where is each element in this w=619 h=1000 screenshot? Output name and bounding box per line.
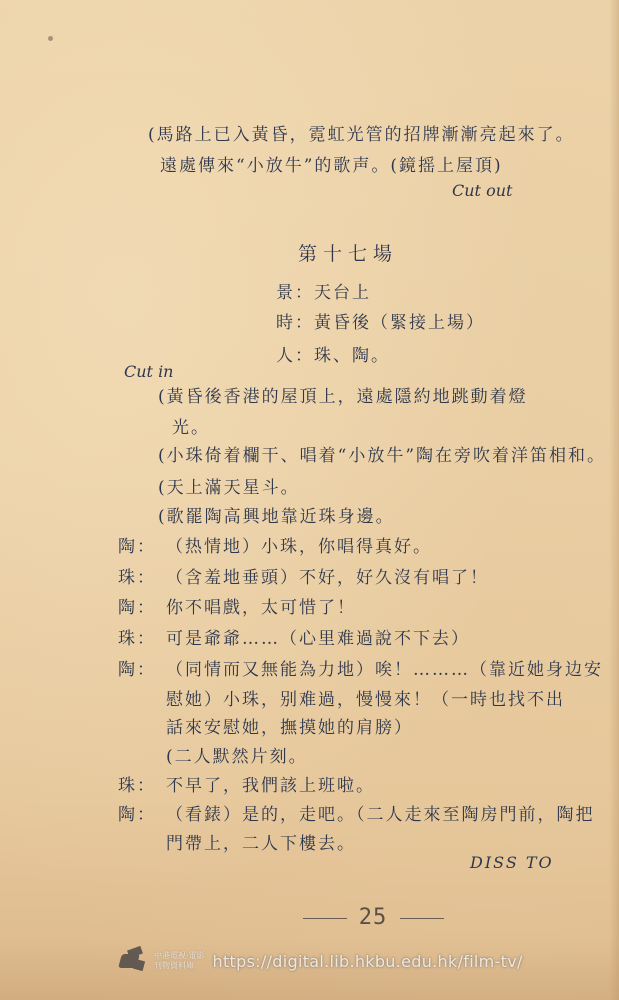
dialogue-text: 不早了，我們該上班啦。 (166, 776, 375, 796)
scene-time: 時：黃昏後（緊接上場） (276, 308, 485, 333)
page-edge-shadow-right (609, 0, 619, 1000)
speaker-label: 陶： (118, 532, 166, 557)
scene-title: 第十七場 (298, 239, 398, 266)
dialogue-text: （含羞地垂頭）不好，好久沒有唱了！ (166, 568, 489, 588)
dialogue-text: （热情地）小珠，你唱得真好。 (166, 537, 432, 557)
page-number: 25 (359, 905, 388, 930)
stage-direction-line: (天上滿天星斗。 (158, 473, 300, 498)
stage-direction-line: (歌罷陶高興地靠近珠身邊。 (158, 502, 395, 527)
speaker-label: 珠： (118, 563, 166, 588)
watermark-url-link[interactable]: https://digital.lib.hkbu.edu.hk/film-tv/ (213, 952, 523, 971)
scanned-page: (馬路上已入黃昏，霓虹光管的招牌漸漸亮起來了。 遠處傳來“小放牛”的歌声。(鏡摇… (0, 0, 619, 1000)
dialogue-continuation: 話來安慰她，撫摸她的肩膀） (166, 713, 413, 738)
page-number-rule-right (400, 918, 444, 919)
speaker-label: 珠： (118, 771, 166, 796)
dialogue-line: 陶：（看錶）是的，走吧。（二人走來至陶房門前，陶把 (118, 800, 595, 825)
watermark-org-name: 中港電視·電影 刊物資料庫 (154, 951, 205, 971)
film-camera-logo-icon (118, 948, 146, 974)
dialogue-text: 你不唱戲，太可惜了！ (166, 598, 356, 618)
dialogue-line: 珠：（含羞地垂頭）不好，好久沒有唱了！ (118, 563, 489, 588)
speaker-label: 陶： (118, 800, 166, 825)
stage-direction-line: (黃昏後香港的屋頂上，遠處隱約地跳動着燈 (158, 382, 528, 407)
transition-cut-out: Cut out (452, 181, 512, 200)
dialogue-line: 陶：（同情而又無能為力地）唉！………（靠近她身边安 (118, 655, 603, 680)
paper-speck (48, 36, 53, 41)
dialogue-line: 珠：不早了，我們該上班啦。 (118, 771, 375, 796)
watermark-org-line-1: 中港電視·電影 (154, 951, 205, 961)
watermark-org-line-2: 刊物資料庫 (154, 961, 205, 971)
stage-direction-pause: (二人默然片刻。 (166, 742, 308, 767)
speaker-label: 陶： (118, 593, 166, 618)
dialogue-text: （看錶）是的，走吧。（二人走來至陶房門前，陶把 (166, 805, 595, 825)
speaker-label: 陶： (118, 655, 166, 680)
stage-direction-line: 光。 (172, 413, 210, 438)
dialogue-line: 陶：你不唱戲，太可惜了！ (118, 593, 356, 618)
prev-scene-line-1: (馬路上已入黃昏，霓虹光管的招牌漸漸亮起來了。 (148, 120, 575, 145)
transition-diss-to: DISS TO (470, 853, 554, 872)
dialogue-continuation: 慰她）小珠，别难過，慢慢來！（一時也找不出 (166, 685, 565, 710)
dialogue-text: （同情而又無能為力地）唉！………（靠近她身边安 (166, 660, 603, 680)
scene-setting: 景：天台上 (276, 278, 371, 303)
dialogue-line: 珠：可是爺爺……（心里难過說不下去） (118, 624, 470, 649)
transition-cut-in: Cut in (124, 362, 173, 381)
page-number-rule-left (303, 918, 347, 919)
prev-scene-line-2: 遠處傳來“小放牛”的歌声。(鏡摇上屋頂) (160, 151, 503, 176)
dialogue-continuation: 門帶上，二人下樓去。 (166, 829, 356, 854)
scene-characters: 人：珠、陶。 (276, 341, 390, 366)
dialogue-line: 陶：（热情地）小珠，你唱得真好。 (118, 532, 432, 557)
speaker-label: 珠： (118, 624, 166, 649)
dialogue-text: 可是爺爺……（心里难過說不下去） (166, 629, 470, 649)
library-watermark: 中港電視·電影 刊物資料庫 https://digital.lib.hkbu.e… (118, 948, 523, 974)
stage-direction-line: (小珠倚着欄干、唱着“小放牛”陶在旁吹着洋笛相和。 (158, 441, 606, 466)
